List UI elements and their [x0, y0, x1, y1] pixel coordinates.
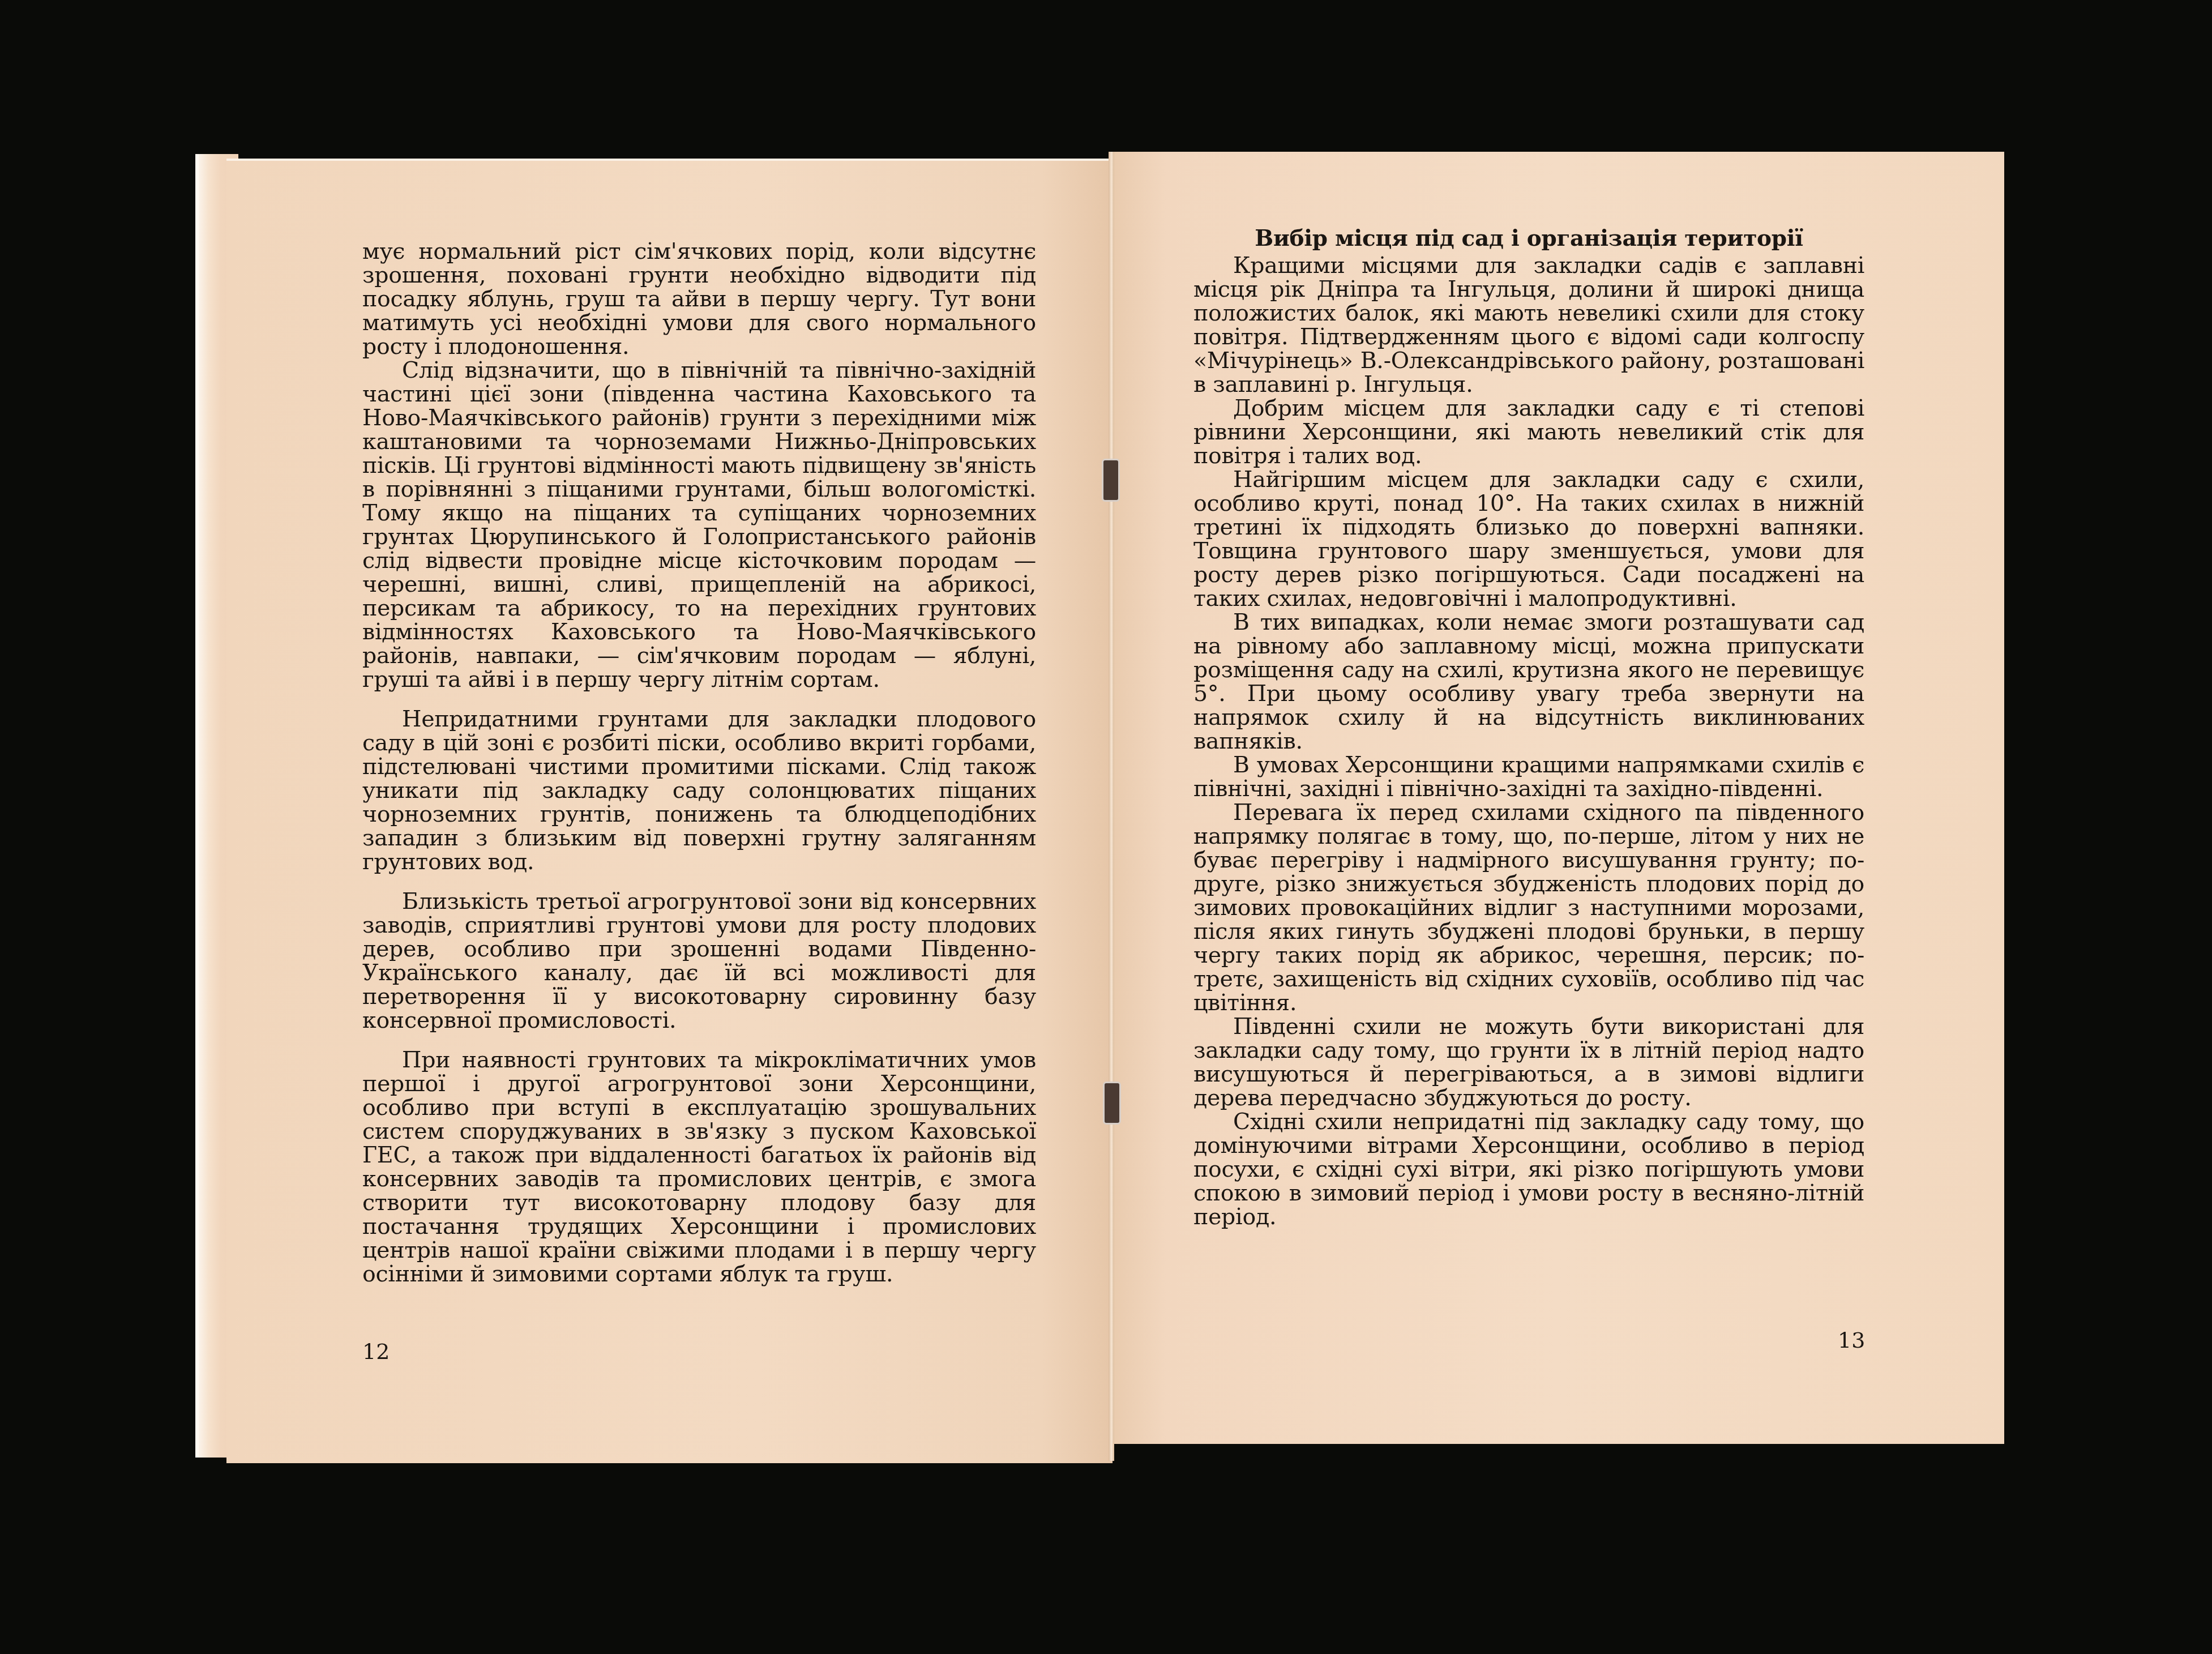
page-number-left: 12 [362, 1339, 390, 1364]
paragraph: Кращими місцями для закладки садів є зап… [1193, 254, 1864, 396]
book-spread: мує нормальний ріст сім'ячкових порід, к… [0, 0, 2212, 1654]
paragraph: Східні схили непридатні під закладку сад… [1193, 1110, 1864, 1229]
paragraph: Найгіршим місцем для закладки саду є схи… [1193, 468, 1864, 610]
paragraph: Непридатними грунтами для закладки плодо… [362, 707, 1036, 874]
staple-bottom [1103, 1082, 1121, 1125]
right-page-text: Вибір місця під сад і організація терито… [1193, 226, 1864, 1229]
page-number-right: 13 [1838, 1328, 1865, 1353]
book-gutter [1109, 152, 1114, 1461]
paragraph: Перевага їх перед схилами східного па пі… [1193, 801, 1864, 1015]
paragraph: мує нормальний ріст сім'ячкових порід, к… [362, 240, 1036, 358]
paragraph: В умовах Херсонщини кращими напрямками с… [1193, 753, 1864, 801]
paragraph: Південні схили не можуть бути використан… [1193, 1015, 1864, 1110]
staple-top [1102, 459, 1120, 502]
left-page-text: мує нормальний ріст сім'ячкових порід, к… [362, 240, 1036, 1286]
paragraph: В тих випадках, коли немає змоги розташу… [1193, 610, 1864, 753]
paragraph: Близькість третьої агрогрунтової зони ві… [362, 890, 1036, 1032]
section-heading: Вибір місця під сад і організація терито… [1193, 226, 1864, 250]
paragraph: При наявності грунтових та мікрокліматич… [362, 1048, 1036, 1286]
paragraph: Добрим місцем для закладки саду є ті сте… [1193, 396, 1864, 468]
paragraph: Слід відзначити, що в північній та півні… [362, 358, 1036, 691]
